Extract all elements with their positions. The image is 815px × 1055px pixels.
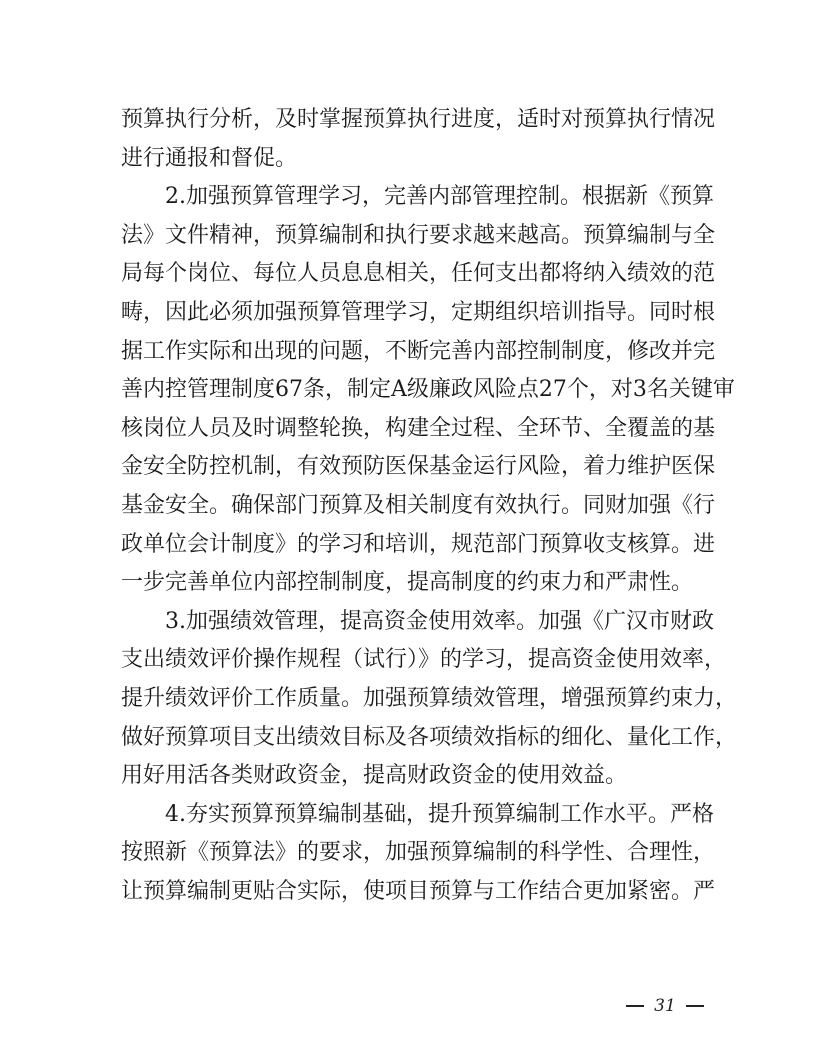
text-line: 基金安全。确保部门预算及相关制度有效执行。同财加强《行 <box>121 487 697 526</box>
text-line: 2.加强预算管理学习，完善内部管理控制。根据新《预算 <box>121 178 697 217</box>
page-number: 31 <box>654 996 676 1016</box>
text-line: 核岗位人员及时调整轮换，构建全过程、全环节、全覆盖的基 <box>121 410 697 449</box>
text-line: 3.加强绩效管理，提高资金使用效率。加强《广汉市财政 <box>121 603 697 642</box>
paragraph-3-performance-management: 3.加强绩效管理，提高资金使用效率。加强《广汉市财政 支出绩效评价操作规程（试行… <box>121 603 697 796</box>
text-line: 善内控管理制度67条，制定A级廉政风险点27个，对3名关键审 <box>121 371 697 410</box>
text-line: 预算执行分析，及时掌握预算执行进度，适时对预算执行情况 <box>121 101 697 140</box>
document-page: 预算执行分析，及时掌握预算执行进度，适时对预算执行情况 进行通报和督促。 2.加… <box>0 0 815 1055</box>
text-line: 支出绩效评价操作规程（试行）》的学习，提高资金使用效率， <box>121 641 697 680</box>
text-line: 做好预算项目支出绩效目标及各项绩效指标的细化、量化工作， <box>121 719 697 758</box>
text-line: 一步完善单位内部控制制度，提高制度的约束力和严肃性。 <box>121 564 697 603</box>
text-line: 法》文件精神，预算编制和执行要求越来越高。预算编制与全 <box>121 217 697 256</box>
text-line: 按照新《预算法》的要求，加强预算编制的科学性、合理性， <box>121 834 697 873</box>
body-text: 预算执行分析，及时掌握预算执行进度，适时对预算执行情况 进行通报和督促。 2.加… <box>121 101 697 911</box>
text-line: 局每个岗位、每位人员息息相关，任何支出都将纳入绩效的范 <box>121 255 697 294</box>
text-line: 用好用活各类财政资金，提高财政资金的使用效益。 <box>121 757 697 796</box>
text-line: 提升绩效评价工作质量。加强预算绩效管理，增强预算约束力， <box>121 680 697 719</box>
text-line: 政单位会计制度》的学习和培训，规范部门预算收支核算。进 <box>121 526 697 565</box>
text-line: 金安全防控机制，有效预防医保基金运行风险，着力维护医保 <box>121 448 697 487</box>
text-line: 据工作实际和出现的问题，不断完善内部控制制度，修改并完 <box>121 333 697 372</box>
paragraph-budget-execution: 预算执行分析，及时掌握预算执行进度，适时对预算执行情况 进行通报和督促。 <box>121 101 697 178</box>
paragraph-2-budget-management: 2.加强预算管理学习，完善内部管理控制。根据新《预算 法》文件精神，预算编制和执… <box>121 178 697 603</box>
page-footer: 31 <box>620 994 710 1018</box>
paragraph-4-budget-preparation: 4.夯实预算预算编制基础，提升预算编制工作水平。严格 按照新《预算法》的要求，加… <box>121 796 697 912</box>
text-line: 4.夯实预算预算编制基础，提升预算编制工作水平。严格 <box>121 796 697 835</box>
text-line: 进行通报和督促。 <box>121 140 697 179</box>
dash-right <box>686 1005 704 1007</box>
text-line: 畴，因此必须加强预算管理学习，定期组织培训指导。同时根 <box>121 294 697 333</box>
text-line: 让预算编制更贴合实际，使项目预算与工作结合更加紧密。严 <box>121 873 697 912</box>
dash-left <box>626 1005 644 1007</box>
